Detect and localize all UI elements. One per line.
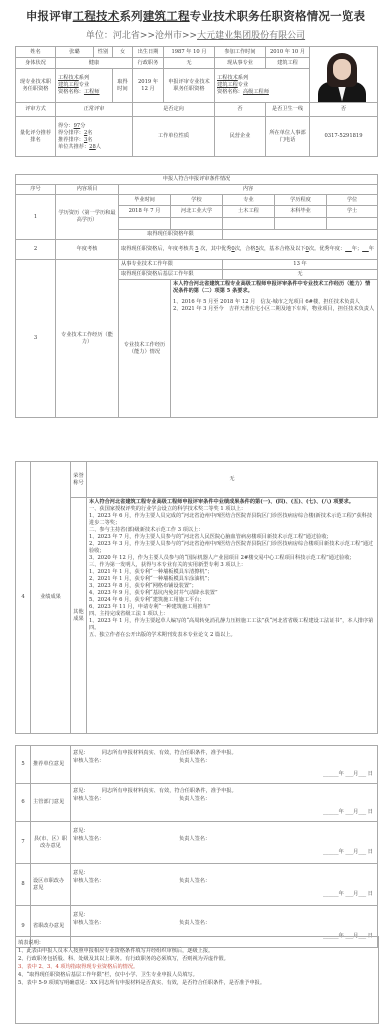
score-block: 得分：97分 得分排序：2名 推荐排序：3名 单位共推荐：28人 — [56, 117, 133, 157]
edu-cell: 土木工程 — [223, 206, 275, 218]
photo-cell — [310, 47, 378, 103]
birth-value: 1987 年 10 月 — [164, 47, 215, 58]
title-series: 工程技术 — [73, 9, 120, 23]
grassroots-value: 无 — [223, 270, 378, 280]
edu-cell: 本科毕业 — [275, 206, 327, 218]
review-method-label: 评审方式 — [16, 103, 56, 117]
opinion-label: 县(市、区）职改办意见 — [31, 822, 71, 864]
health-label: 身体状况 — [16, 58, 56, 69]
unit-nature-value: 民营企业 — [215, 117, 266, 157]
edu-cell: 学士 — [327, 206, 378, 218]
years-value: 13 年 — [223, 260, 378, 270]
work-start-value: 2010 年 10 月 — [266, 47, 310, 58]
achievements-table: 4 业绩成果 荣誉称号 无 其他成果 本人符合河北省建筑工程专业高级工程师申报评… — [15, 461, 378, 734]
opinions-table: 5 推荐单位意见 意见： 同志所有申报材料真实、有效，符合任职条件，准予申报。 … — [15, 745, 378, 948]
qualification-form-page: 申报评审工程技术系列建筑工程专业技术职务任职资格情况一览表 单位：河北省>>沧州… — [0, 0, 391, 1024]
title-major: 建筑工程 — [143, 9, 190, 23]
filling-notes: 填表说明： 1、此表由申报人员本人按照申报相应专业资格条件填写并经组织审核后，逐… — [15, 936, 379, 1024]
page-title: 申报评审工程技术系列建筑工程专业技术职务任职资格情况一览表 — [0, 8, 391, 24]
note-item: 5、表中 5-9 项填写明确意见：XX 同志所有申报材料是否真实、有效，是否符合… — [18, 979, 376, 987]
edu-cell: 河北工业大学 — [171, 206, 223, 218]
unit-company: 大元建业集团股份有限公司 — [197, 31, 305, 41]
frontline-label: 是否卫生一线 — [266, 103, 310, 117]
apply-qual-value: 工程技术系列 建筑工程专业 资格名称：高级工程师 — [215, 69, 310, 103]
experience-label: 专业技术工作经历（能力） — [56, 260, 119, 418]
row-no: 5 — [16, 746, 31, 784]
unit-prefix: 单位：河北省>>沧州市>> — [86, 31, 197, 41]
col-content: 内容 — [119, 185, 378, 195]
current-major-value: 建筑工程 — [266, 58, 310, 69]
current-major-label: 现从事专业 — [215, 58, 266, 69]
opinion-label: 主管部门意见 — [31, 784, 71, 822]
opinion-block: 意见： 审核人签名：负责人签名：______年 ___月___ 日 — [71, 825, 377, 861]
title-prefix: 申报评审 — [26, 9, 73, 23]
annual-label: 年度考核 — [56, 240, 119, 260]
health-value: 健康 — [56, 58, 133, 69]
note-item: 2、行政职务包括股、科、处级及其以上职务。有行政职务的必须填写，否则视为弄虚作假… — [18, 955, 376, 963]
obtain-time-label: 取得时间 — [113, 69, 133, 103]
admin-label: 行政职务 — [133, 58, 164, 69]
current-qual-value: 工程技术系列 建筑工程专业 资格名称：工程师 — [56, 69, 113, 103]
row-no: 2 — [16, 240, 56, 260]
opinion-label: 设区市职改办意见 — [31, 864, 71, 906]
frontline-value: 否 — [310, 103, 378, 117]
row-no: 1 — [16, 195, 56, 240]
title-series-suffix: 系列 — [119, 9, 142, 23]
birth-label: 出生日期 — [133, 47, 164, 58]
honor-value: 无 — [87, 462, 378, 498]
edu-cell: 2018 年 7 月 — [119, 206, 171, 218]
score-label: 量化评分推荐排名 — [16, 117, 56, 157]
apply-qual-label: 申报评审专业技术职务任职资格 — [164, 69, 215, 103]
gender-value: 女 — [113, 47, 133, 58]
title-suffix: 专业技术职务任职资格情况一览表 — [190, 9, 366, 23]
experience-sub-label: 专业技术工作经历（能力）情况 — [119, 280, 171, 418]
row-no: 7 — [16, 822, 31, 864]
opinion-block: 意见： 同志所有申报材料真实、有效，符合任职条件，准予申报。 审核人签名：负责人… — [71, 785, 377, 821]
edu-header: 学校 — [171, 195, 223, 206]
row-no: 6 — [16, 784, 31, 822]
review-method-value: 正常评审 — [56, 103, 133, 117]
obtain-time-value: 2019 年 12 月 — [133, 69, 164, 103]
name-label: 姓名 — [16, 47, 56, 58]
notes-title: 填表说明： — [18, 939, 376, 947]
edu-header: 学历程度 — [275, 195, 327, 206]
opinion-label: 推荐单位意见 — [31, 746, 71, 784]
achievements-label: 业绩成果 — [31, 462, 71, 734]
honor-label: 荣誉称号 — [71, 462, 87, 498]
unit-nature-label: 工作单位性质 — [133, 117, 215, 157]
col-no: 序号 — [16, 185, 56, 195]
hr-phone-label: 所在单位人事部门电话 — [266, 117, 310, 157]
experience-detail: 本人符合河北省建筑工程专业高级工程师申报评审条件中专业技术工作经历（能力）情况条… — [171, 280, 378, 418]
years-label: 从事专业技术工作年限 — [119, 260, 223, 270]
edu-header: 毕业时间 — [119, 195, 171, 206]
gender-label: 性别 — [94, 47, 113, 58]
admin-value: 无 — [164, 58, 215, 69]
edu-label: 学历资历（第一学历和最高学历） — [56, 195, 119, 240]
hr-phone-value: 0317-5291819 — [310, 117, 378, 157]
basic-info-table: 姓名 张璐 性别 女 出生日期 1987 年 10 月 参加工作时间 2010 … — [15, 46, 378, 157]
conditions-table: 申报人符合申报评审条件情况 序号 内容项目 内容 1 学历资历（第一学历和最高学… — [15, 174, 378, 418]
directed-label: 是否定向 — [133, 103, 215, 117]
edu-header: 学位 — [327, 195, 378, 206]
current-qual-label: 现专业技术职务任职资格 — [16, 69, 56, 103]
applicant-photo — [310, 48, 377, 102]
achievement-list: 本人符合河北省建筑工程专业高级工程师申报评审条件中业绩成果条件的第(一)、(四)… — [87, 498, 378, 734]
opinion-block: 意见： 审核人签名：负责人签名：______年 ___月___ 日 — [71, 867, 377, 903]
annual-text: 取得现任职资格后，年度考核共 5 次，其中优秀0次，合格5次，基本合格及以下0次… — [119, 240, 378, 260]
row-no: 8 — [16, 864, 31, 906]
other-label: 其他成果 — [71, 498, 87, 734]
section-title: 申报人符合申报评审条件情况 — [16, 175, 378, 185]
col-item: 内容项目 — [56, 185, 119, 195]
note-item: 4、“取得现任职资格后基层工作年限”栏，仅中小学、卫生专业申报人员填写。 — [18, 971, 376, 979]
row-no: 4 — [16, 462, 31, 734]
note-item: 1、此表由申报人员本人按照申报相应专业资格条件填写并经组织审核后，逐级上报。 — [18, 947, 376, 955]
note-item-highlight: 3、表中 2、3、4 项均指取得现专业资格后的情况。 — [18, 963, 376, 971]
row-no: 3 — [16, 260, 56, 418]
opinion-block: 意见： 同志所有申报材料真实、有效，符合任职条件，准予申报。 审核人签名：负责人… — [71, 747, 377, 783]
grassroots-label: 取得现任职资格后基层工作年限 — [119, 270, 223, 280]
edu-years-label: 取得现任职资格年限 — [119, 230, 223, 240]
name-value: 张璐 — [56, 47, 94, 58]
directed-value: 否 — [215, 103, 266, 117]
work-start-label: 参加工作时间 — [215, 47, 266, 58]
unit-line: 单位：河北省>>沧州市>>大元建业集团股份有限公司 — [0, 28, 391, 41]
edu-header: 专业 — [223, 195, 275, 206]
